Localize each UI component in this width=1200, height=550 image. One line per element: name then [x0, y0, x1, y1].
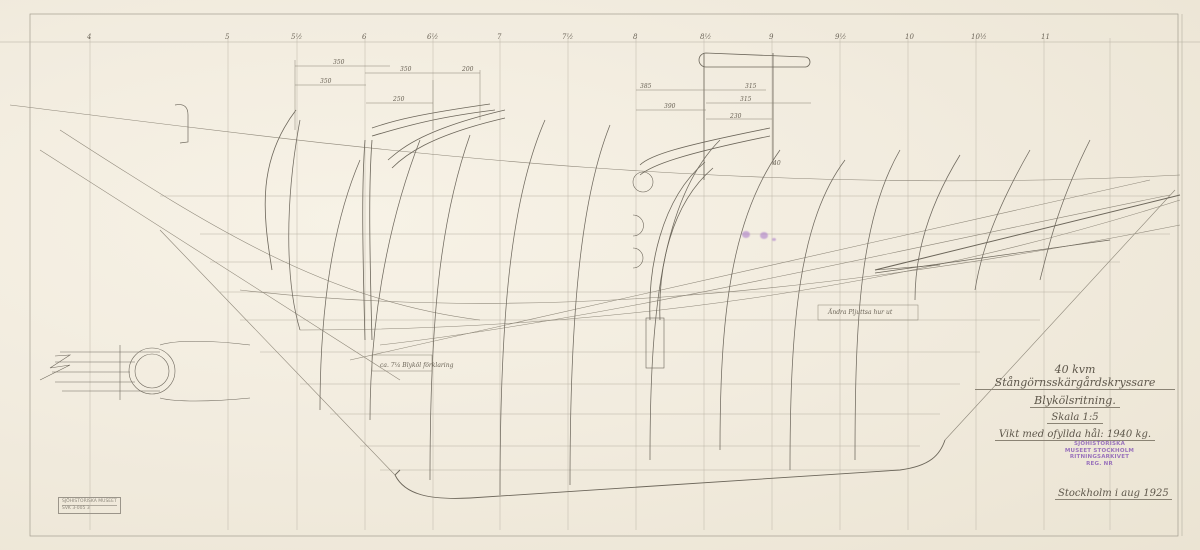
keel-note: ca. 7¼ Blyköl förklaring — [380, 362, 453, 369]
station-label: 10 — [905, 33, 914, 41]
station-label: 9½ — [835, 33, 846, 41]
place-date: Stockholm i aug 1925 — [1055, 488, 1172, 500]
dimension-label: 385 — [640, 83, 651, 90]
drawing-subtitle: Blykölsritning. — [1030, 394, 1120, 408]
ink-blot — [742, 231, 750, 238]
dimension-label: 315 — [740, 96, 751, 103]
dimension-label: 350 — [333, 59, 344, 66]
dimension-label: 250 — [393, 96, 404, 103]
station-label: 9 — [769, 33, 773, 41]
stamp-line: REG. NR — [1052, 461, 1147, 468]
dimension-label: 350 — [320, 78, 331, 85]
title-block: 40 kvm Stångörnsskärgårdskryssare Blyköl… — [975, 363, 1175, 441]
drawing-title: 40 kvm Stångörnsskärgårdskryssare — [975, 363, 1175, 390]
dimension-label: 40 — [773, 160, 781, 167]
station-label: 6 — [362, 33, 366, 41]
museum-stamp: SJÖHISTORISKA MUSEET STOCKHOLM RITNINGSA… — [1052, 441, 1147, 475]
station-label: 5 — [225, 33, 229, 41]
station-label: 8 — [633, 33, 637, 41]
station-label: 11 — [1041, 33, 1050, 41]
ink-blot — [772, 238, 776, 241]
station-label: 8½ — [700, 33, 711, 41]
archive-stamp-row2: SVK 3-005 3 — [62, 505, 117, 512]
dimension-label: 350 — [400, 66, 411, 73]
dimension-label: 200 — [462, 66, 473, 73]
station-label: 5½ — [291, 33, 302, 41]
dimension-label: 315 — [745, 83, 756, 90]
drawing-scale: Skala 1:5 — [1047, 412, 1102, 424]
lead-keel-drawing — [0, 0, 1200, 550]
station-label: 7 — [497, 33, 501, 41]
ink-blot — [760, 232, 768, 239]
drawing-sheet: 4 5 5½ 6 6½ 7 7½ 8 8½ 9 9½ 10 10½ 11 350… — [0, 0, 1200, 550]
keel-note-right: Ändra Pljuttsa hur ut — [828, 309, 892, 316]
station-label: 6½ — [427, 33, 438, 41]
station-label: 4 — [87, 33, 91, 41]
archive-stamp: SJÖHISTORISKA MUSEET SVK 3-005 3 — [58, 497, 121, 514]
dimension-label: 390 — [664, 103, 675, 110]
station-label: 7½ — [562, 33, 573, 41]
drawing-weight: Vikt med ofyllda hål: 1940 kg. — [995, 429, 1155, 441]
dimension-label: 230 — [730, 113, 741, 120]
station-label: 10½ — [971, 33, 987, 41]
archive-stamp-row1: SJÖHISTORISKA MUSEET — [62, 499, 117, 505]
